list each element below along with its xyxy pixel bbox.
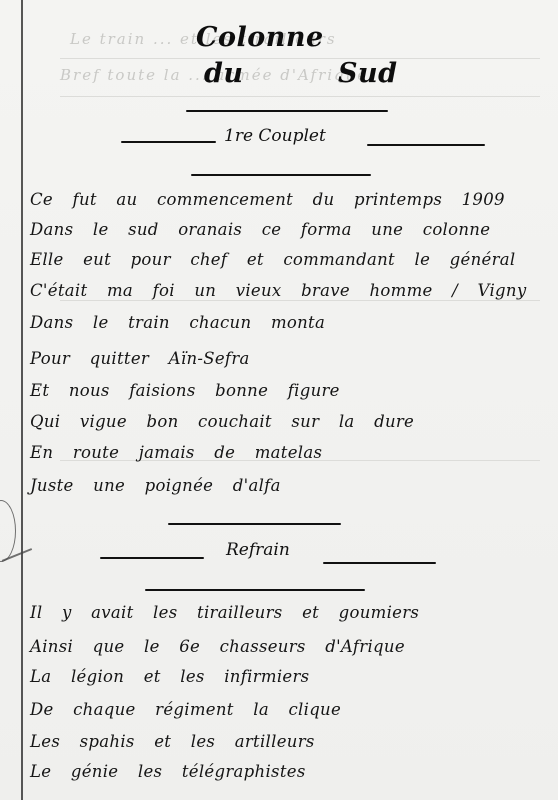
verse-line: Il y avait les tirailleurs et goumiers [30,603,419,622]
faint-ruled-line [60,300,540,301]
verse-line: Elle eut pour chef et commandant le géné… [30,250,516,269]
section-label-refrain: Refrain [226,540,290,560]
faint-ruled-line [60,58,540,59]
verse-line: Le génie les télégraphistes [30,762,306,781]
verse-line: Les spahis et les artilleurs [30,732,315,751]
header-rule-right [367,144,485,146]
margin-rule [21,0,23,800]
title-sud: Sud [338,58,398,89]
verse-line: Juste une poignée d'alfa [30,476,281,495]
verse-line: En route jamais de matelas [30,443,322,462]
verse-line: Ce fut au commencement du printemps 1909 [30,190,505,209]
refrain-rule-left [100,557,204,559]
refrain-rule-right [323,562,436,564]
verse-line: Pour quitter Aïn-Sefra [30,349,250,368]
title-colonne: Colonne [196,22,324,53]
header-rule-left [121,141,216,143]
verse-line: Dans le sud oranais ce forma une colonne [30,220,490,239]
verse-line: De chaque régiment la clique [30,700,341,719]
verse-line: C'était ma foi un vieux brave homme / Vi… [30,281,526,300]
section-label-couplet: 1re Couplet [224,126,326,146]
document-page: Le train ... et les tirailleurs Bref tou… [0,0,558,800]
refrain-rule-bottom [145,589,365,591]
verse-line: Dans le train chacun monta [30,313,325,332]
refrain-rule-top [168,523,341,525]
header-rule-bottom [191,174,371,176]
verse-line: Qui vigue bon couchait sur la dure [30,412,414,431]
verse-line: Et nous faisions bonne figure [30,381,340,400]
margin-bracket-mark [0,500,16,562]
faint-ruled-line [60,96,540,97]
verse-line: La légion et les infirmiers [30,667,309,686]
verse-line: Ainsi que le 6e chasseurs d'Afrique [30,637,405,656]
title-du: du [204,58,244,89]
header-rule-top [186,110,388,112]
